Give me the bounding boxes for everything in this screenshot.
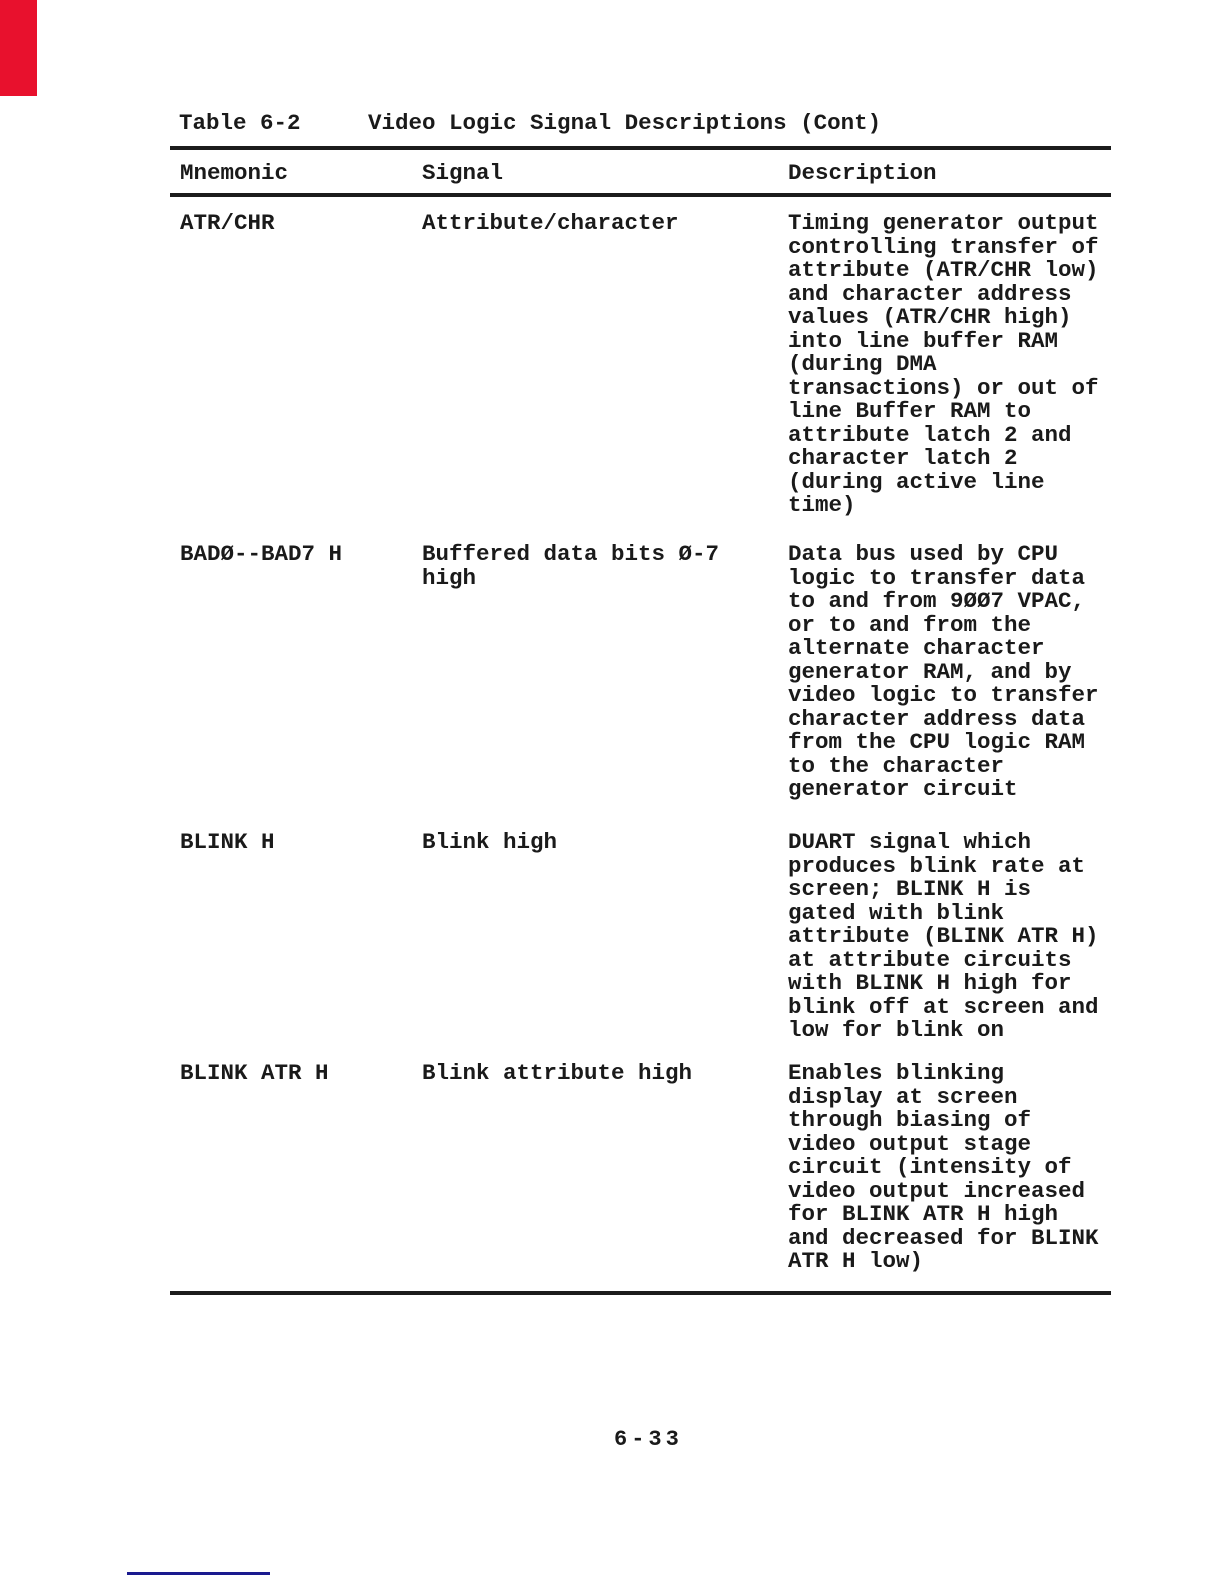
scan-red-mark [0,0,37,96]
signal-cell: Attribute/character [422,212,679,236]
table-header-rule [170,193,1111,197]
page-number: 6-33 [614,1428,683,1452]
signal-cell: Blink attribute high [422,1062,692,1086]
table-bottom-rule [170,1291,1111,1295]
scan-blue-underline [127,1572,270,1575]
signal-cell: Buffered data bits Ø-7 high [422,543,719,590]
column-header-description: Description [788,162,937,186]
table-title: Table 6-2 Video Logic Signal Description… [179,112,881,136]
table-top-rule [170,146,1111,150]
document-page: Table 6-2 Video Logic Signal Description… [0,0,1224,1584]
signal-cell: Blink high [422,831,557,855]
column-header-signal: Signal [422,162,503,186]
description-cell: Enables blinking display at screen throu… [788,1062,1099,1274]
mnemonic-cell: BLINK ATR H [180,1062,329,1086]
mnemonic-cell: BADØ--BAD7 H [180,543,342,567]
description-cell: DUART signal which produces blink rate a… [788,831,1099,1043]
mnemonic-cell: BLINK H [180,831,275,855]
mnemonic-cell: ATR/CHR [180,212,275,236]
column-header-mnemonic: Mnemonic [180,162,288,186]
description-cell: Timing generator output controlling tran… [788,212,1099,518]
description-cell: Data bus used by CPU logic to transfer d… [788,543,1099,802]
